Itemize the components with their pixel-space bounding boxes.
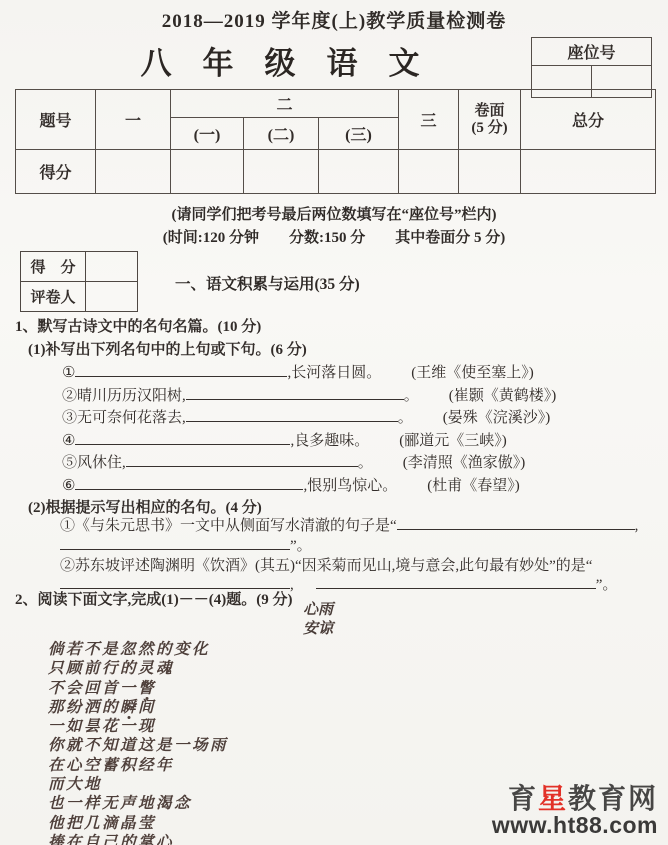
score-cell <box>244 150 319 194</box>
item-number: ③ <box>62 410 77 426</box>
poem-line: 也一样无声地渴念 <box>48 794 228 813</box>
fill-item-5: ⑤风休住,。(李清照《渔家傲》) <box>15 451 660 474</box>
part2-item-1-line1: ①《与朱元思书》一文中从侧面写水清澈的句子是“, <box>15 514 660 534</box>
poem-line: 倘若不是忽然的变化 <box>48 640 228 659</box>
score-cell <box>521 150 656 194</box>
poem-line: 不会回首一瞥 <box>48 679 228 698</box>
watermark-url: www.ht88.com <box>492 813 658 837</box>
grader-score-cell <box>86 252 138 282</box>
answer-blank <box>75 363 287 377</box>
poem-title: 心雨 <box>0 601 636 620</box>
exam-title: 2018—2019 学年度(上)教学质量检测卷 <box>0 6 668 33</box>
exam-paper-page: 2018—2019 学年度(上)教学质量检测卷 八 年 级 语 文 座位号 题号… <box>0 0 668 845</box>
neatness-label-line1: 卷面 <box>459 103 520 120</box>
score-header-total: 总分 <box>521 90 656 150</box>
grader-score-box: 得 分 评卷人 <box>20 251 138 312</box>
watermark-brand: 育星教育网 <box>492 784 658 813</box>
poem-line: 而大地 <box>48 775 228 794</box>
answer-blank <box>75 431 290 445</box>
grader-name-cell <box>86 282 138 312</box>
emphasized-character: 瞬 <box>120 699 138 716</box>
poem-line: 那纷洒的瞬间 <box>48 698 228 717</box>
grader-score-label: 得 分 <box>21 252 86 282</box>
score-summary-table: 题号 一 二 三 卷面 (5 分) 总分 (一) (二) (三) 得分 <box>15 89 656 194</box>
answer-blank <box>186 408 398 422</box>
poem-line: 捧在自己的掌心 <box>48 833 228 845</box>
source-citation: (崔颢《黄鹤楼》) <box>449 388 557 404</box>
emphasized-character: 瞥 <box>138 680 156 697</box>
source-citation: (晏殊《浣溪沙》) <box>443 410 551 426</box>
fill-item-4: ④,良多趣味。(郦道元《三峡》) <box>15 429 660 452</box>
source-citation: (杜甫《春望》) <box>427 478 520 494</box>
time-score-note: (时间:120 分钟 分数:150 分 其中卷面分 5 分) <box>0 226 668 247</box>
item-number: ④ <box>62 433 75 449</box>
grader-name-label: 评卷人 <box>21 282 86 312</box>
fill-item-1: ①,长河落日圆。(王维《使至塞上》) <box>15 361 660 384</box>
part2-item-1-line2: ”。 <box>15 534 660 554</box>
seat-number-label: 座位号 <box>532 38 652 66</box>
neatness-label-line2: (5 分) <box>459 120 520 137</box>
source-citation: (郦道元《三峡》) <box>399 433 507 449</box>
source-citation: (王维《使至塞上》) <box>411 365 534 381</box>
poem-line: 一如昙花一现 <box>48 717 228 736</box>
score-cell <box>319 150 399 194</box>
watermark: 育星教育网 www.ht88.com <box>492 784 658 838</box>
question-1-part1-stem: (1)补写出下列名句中的上句或下句。(6 分) <box>15 338 660 361</box>
score-header-part-two: 二 <box>171 90 399 118</box>
seat-number-instruction: (请同学们把考号最后两位数填写在“座位号”栏内) <box>0 203 668 224</box>
question-1-part2-stem: (2)根据提示写出相应的名句。(4 分) <box>15 496 660 514</box>
answer-blank <box>60 575 290 589</box>
fill-item-2: ②晴川历历汉阳树,。(崔颢《黄鹤楼》) <box>15 384 660 407</box>
source-citation: (李清照《渔家傲》) <box>403 455 526 471</box>
answer-blank <box>60 536 290 550</box>
score-cell <box>171 150 244 194</box>
poem-line: 只顾前行的灵魂 <box>48 659 228 678</box>
poem-author: 安谅 <box>0 620 636 639</box>
score-subheader-2a: (一) <box>171 118 244 150</box>
score-header-part-three: 三 <box>399 90 459 150</box>
watermark-star-char: 星 <box>538 783 568 814</box>
section-one-heading: 一、语文积累与运用(35 分) <box>175 272 360 294</box>
answer-blank <box>316 575 596 589</box>
item-number: ⑤ <box>62 455 77 471</box>
fill-item-3: ③无可奈何花落去,。(晏殊《浣溪沙》) <box>15 406 660 429</box>
poem-header: 心雨 安谅 <box>0 601 636 638</box>
question-block: 1、默写古诗文中的名句名篇。(10 分) (1)补写出下列名句中的上句或下句。(… <box>15 315 660 608</box>
answer-blank <box>126 453 358 467</box>
part2-item-2-line1: ②苏东坡评述陶渊明《饮酒》(其五)“因采菊而见山,境与意会,此句最有妙处”的是“ <box>15 554 660 573</box>
poem-lines: 倘若不是忽然的变化只顾前行的灵魂不会回首一瞥那纷洒的瞬间一如昙花一现你就不知道这… <box>48 640 228 845</box>
question-1-stem: 1、默写古诗文中的名句名篇。(10 分) <box>15 315 660 338</box>
poem-line: 你就不知道这是一场雨 <box>48 736 228 755</box>
score-subheader-2c: (三) <box>319 118 399 150</box>
answer-blank <box>186 386 404 400</box>
subject-title: 八 年 级 语 文 <box>90 38 470 83</box>
answer-blank <box>75 476 303 490</box>
score-cell <box>459 150 521 194</box>
part2-item-2-line2: ,”。 <box>15 573 660 588</box>
score-header-question-no: 题号 <box>16 90 96 150</box>
score-row-label: 得分 <box>16 150 96 194</box>
score-header-part-one: 一 <box>96 90 171 150</box>
item-number: ⑥ <box>62 478 75 494</box>
score-header-neatness: 卷面 (5 分) <box>459 90 521 150</box>
score-cell <box>399 150 459 194</box>
fill-item-6: ⑥,恨别鸟惊心。(杜甫《春望》) <box>15 474 660 497</box>
poem-line: 他把几滴晶莹 <box>48 814 228 833</box>
poem-line: 在心空蓄积经年 <box>48 756 228 775</box>
score-cell <box>96 150 171 194</box>
item-number: ① <box>62 365 75 381</box>
score-subheader-2b: (二) <box>244 118 319 150</box>
answer-blank <box>397 516 635 530</box>
item-number: ② <box>62 388 77 404</box>
